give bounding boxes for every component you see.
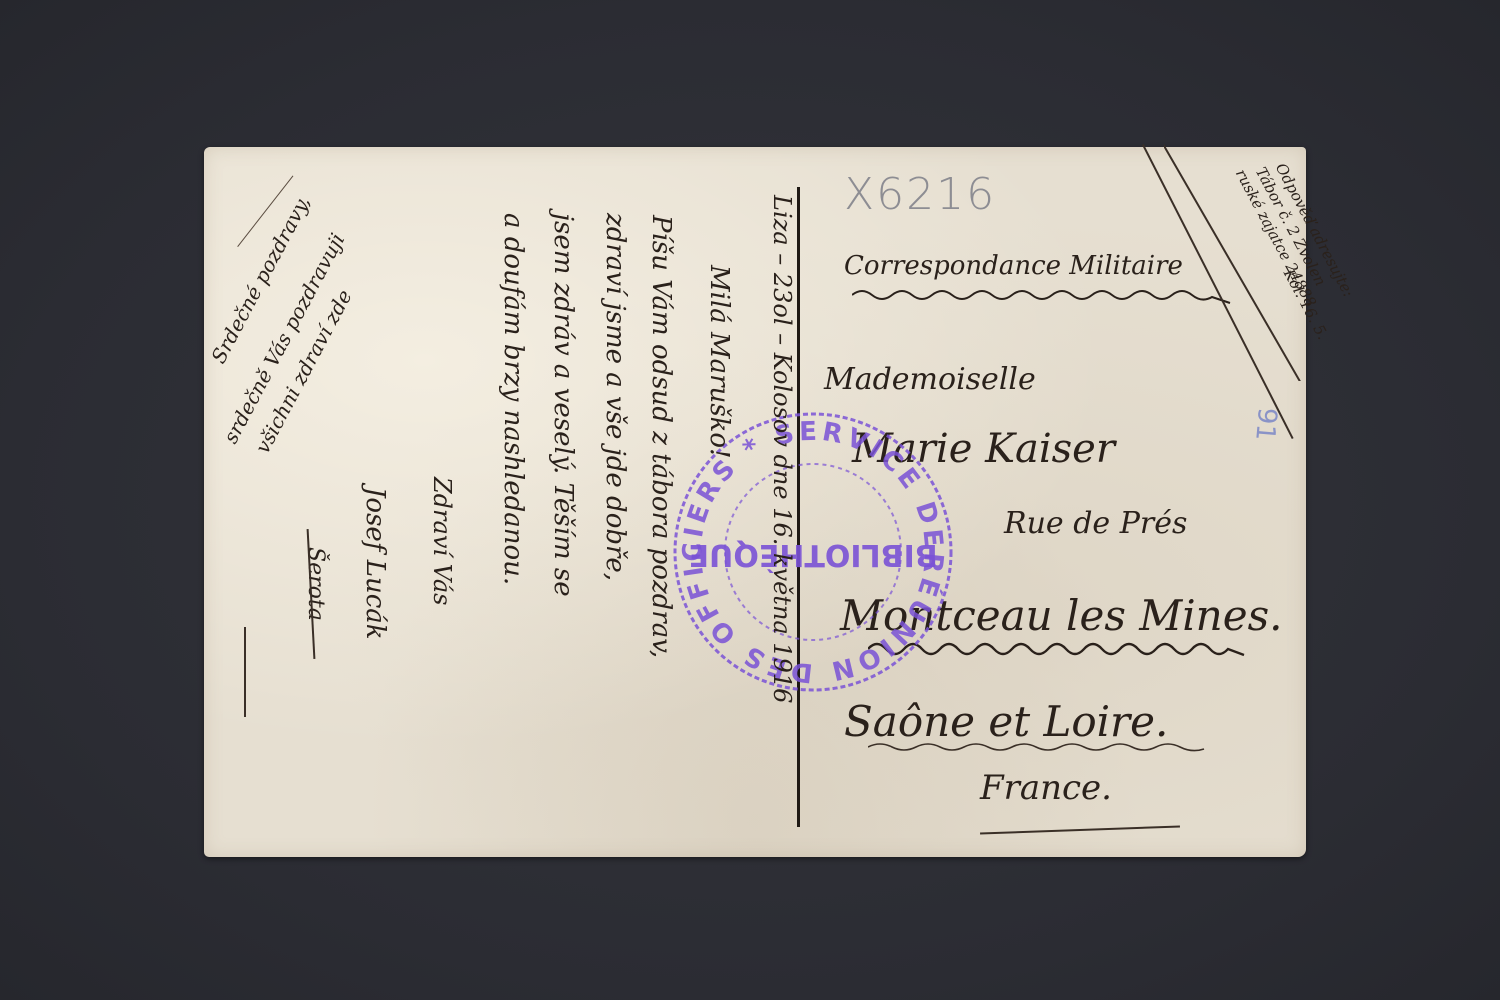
address-department: Saône et Loire. <box>844 701 1168 743</box>
postcard: X6216 Correspondance Militaire Mademoise… <box>204 147 1306 857</box>
corner-note-left-line-1: Srdečné pozdravy, <box>208 193 313 367</box>
message-line-3: zdraví jsme a vše jde dobře, <box>602 213 628 581</box>
address-country: France. <box>980 771 1112 805</box>
signature-flourish <box>244 627 246 717</box>
message-line-4: jsem zdráv a veselý. Těším se <box>550 213 576 597</box>
message-line-2: Píšu Vám odsud z tábora pozdrav, <box>648 215 674 658</box>
address-street: Rue de Prés <box>1004 509 1187 539</box>
dateline: Liza – 23ol – Kolosov dne 16. května 191… <box>770 195 794 703</box>
message-line-1: Milá Maruško! <box>706 265 732 459</box>
archive-number: X6216 <box>844 169 996 220</box>
message-line-5: a doufám brzy nashledanou. <box>500 213 526 585</box>
header-correspondance-militaire: Correspondance Militaire <box>844 253 1183 279</box>
country-underline <box>980 826 1180 835</box>
closing-line-1: Zdraví Vás <box>430 477 454 605</box>
address-salutation: Mademoiselle <box>824 365 1036 395</box>
closing-signature: Josef Lucák <box>362 487 388 640</box>
svg-text:BIBLIOTHÈQUE: BIBLIOTHÈQUE <box>688 537 937 573</box>
blue-pencil-mark: 91 <box>1249 406 1282 442</box>
department-underline <box>868 739 1228 759</box>
